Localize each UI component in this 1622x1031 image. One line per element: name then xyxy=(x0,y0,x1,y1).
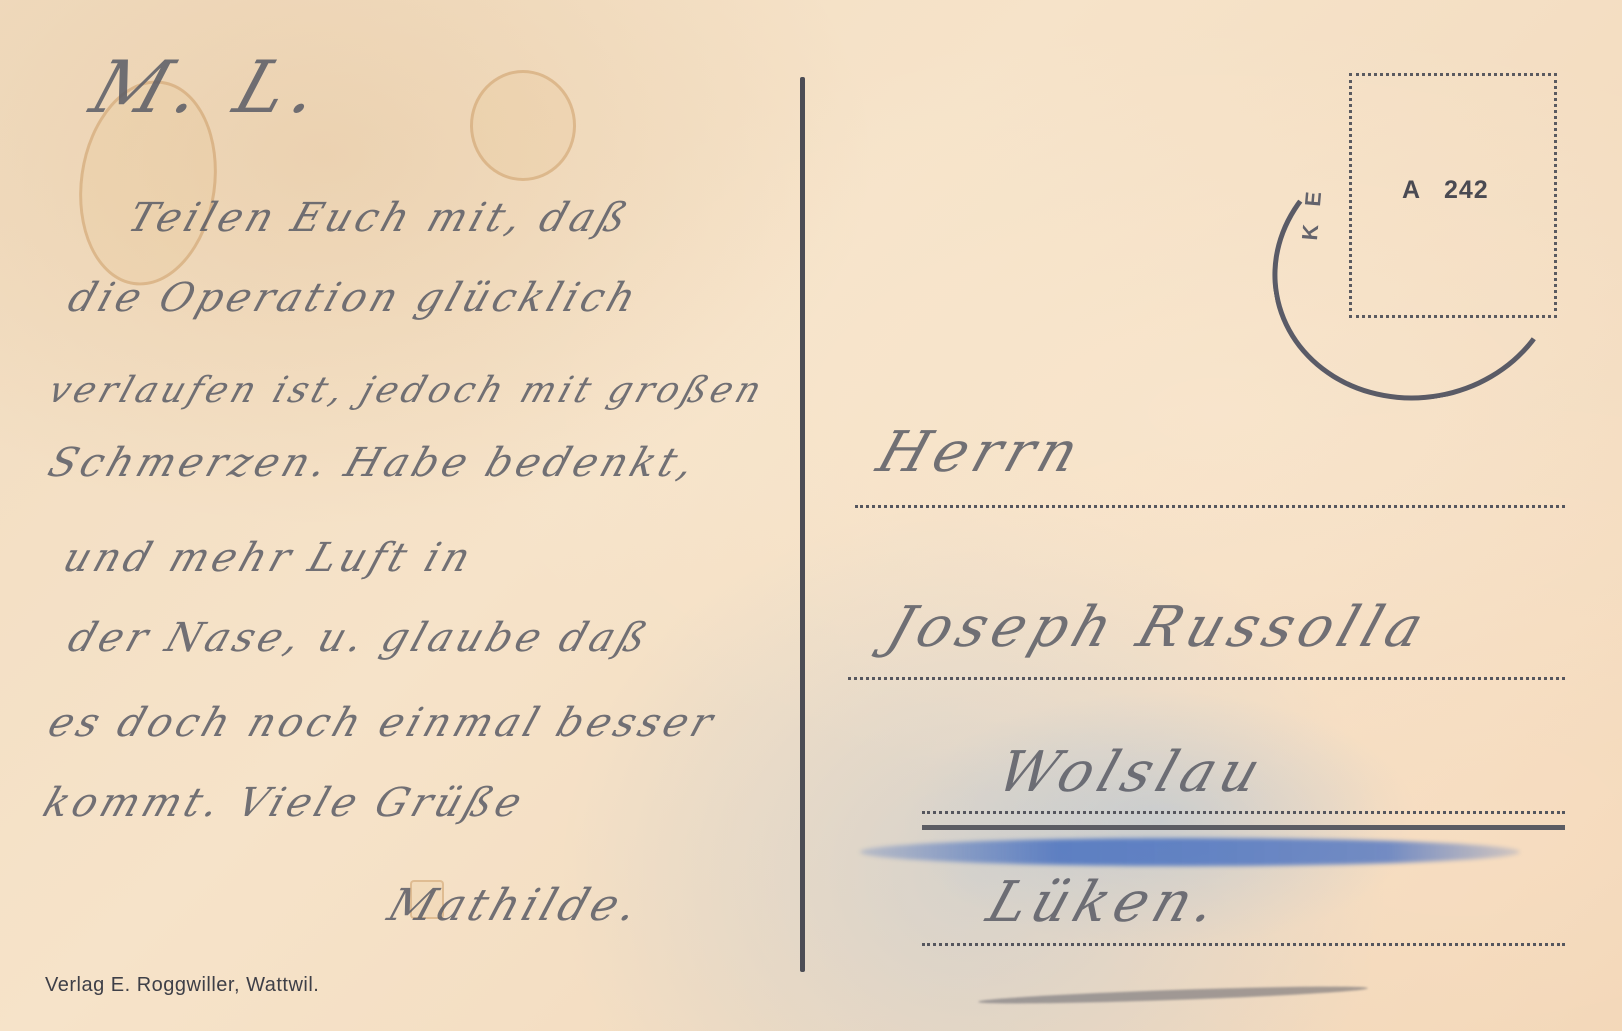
address-name: Joseph Russolla xyxy=(879,595,1437,660)
pencil-underline xyxy=(978,983,1368,1007)
stamp-box: A 242 xyxy=(1349,73,1557,318)
postcard-back: M. L. Teilen Euch mit, daß die Operation… xyxy=(0,0,1622,1031)
message-line: Teilen Euch mit, daß xyxy=(123,195,637,241)
message-line: es doch noch einmal besser xyxy=(43,700,723,746)
message-line: die Operation glücklich xyxy=(63,275,646,321)
message-signature: Mathilde. xyxy=(382,880,648,931)
address-city: Lüken. xyxy=(979,870,1230,935)
address-line-2 xyxy=(848,677,1565,680)
address-locality: Wolslau xyxy=(989,740,1274,805)
message-line: kommt. Viele Grüße xyxy=(38,780,532,826)
blue-crayon-mark xyxy=(860,838,1520,866)
message-line: verlaufen ist, jedoch mit großen xyxy=(43,370,770,411)
address-salutation: Herrn xyxy=(869,420,1092,485)
address-underline-solid xyxy=(922,825,1565,830)
publisher-imprint: Verlag E. Roggwiller, Wattwil. xyxy=(45,974,319,997)
center-divider xyxy=(800,77,805,972)
message-line: Schmerzen. Habe bedenkt, xyxy=(43,440,704,486)
message-greeting: M. L. xyxy=(81,45,338,129)
address-line-3 xyxy=(922,811,1565,814)
address-line-1 xyxy=(855,505,1565,508)
address-line-4 xyxy=(922,943,1565,946)
message-line: der Nase, u. glaube daß xyxy=(63,615,657,661)
message-line: und mehr Luft in xyxy=(58,535,480,581)
stamp-box-label: A 242 xyxy=(1402,176,1489,205)
water-stain xyxy=(470,70,576,181)
postmark-text: K E xyxy=(1297,185,1328,242)
